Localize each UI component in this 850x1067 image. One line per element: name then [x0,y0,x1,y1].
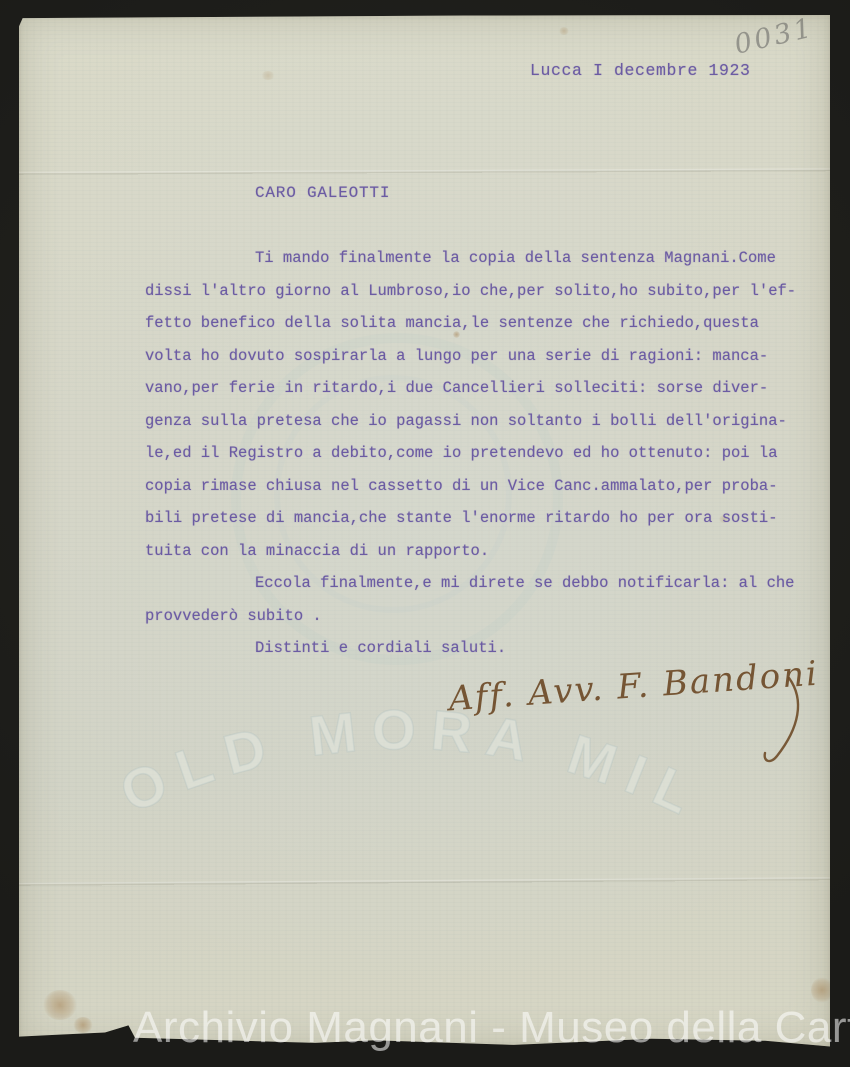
salutation: CARO GALEOTTI [255,184,390,202]
body-line: fetto benefico della solita mancia,le se… [145,307,821,340]
archive-number: 0031 [732,12,818,60]
photo-background: OLD MORA MILL 0031 Lucca I decembre 1923… [0,0,850,1067]
foxing-spot [105,1033,117,1043]
body-line: bili pretese di mancia,che stante l'enor… [145,502,821,535]
letter-body: Ti mando finalmente la copia della sente… [145,242,821,665]
body-line: provvederò subito . [145,600,821,633]
fold-crease-top [19,168,830,176]
foxing-spot [73,1017,93,1033]
fold-crease-bottom [19,877,830,887]
dateline: Lucca I decembre 1923 [530,61,751,80]
foxing-spot [261,71,275,80]
body-line: Ti mando finalmente la copia della sente… [145,242,821,275]
foxing-spot [811,977,833,1003]
foxing-spot [43,990,77,1020]
body-line: le,ed il Registro a debito,come io prete… [145,437,821,470]
body-line: copia rimase chiusa nel cassetto di un V… [145,470,821,503]
body-line: tuita con la minaccia di un rapporto. [145,535,821,568]
signature-text: Aff. Avv. F. Bandoni [444,654,820,720]
body-line: dissi l'altro giorno al Lumbroso,io che,… [145,275,821,308]
letter-page: OLD MORA MILL 0031 Lucca I decembre 1923… [19,15,830,1047]
body-line: volta ho dovuto sospirarla a lungo per u… [145,340,821,373]
body-line: vano,per ferie in ritardo,i due Cancelli… [145,372,821,405]
foxing-spot [559,27,569,35]
body-line: Eccola finalmente,e mi direte se debbo n… [145,567,821,600]
body-line: genza sulla pretesa che io pagassi non s… [145,405,821,438]
signature: Aff. Avv. F. Bandoni [437,640,837,790]
